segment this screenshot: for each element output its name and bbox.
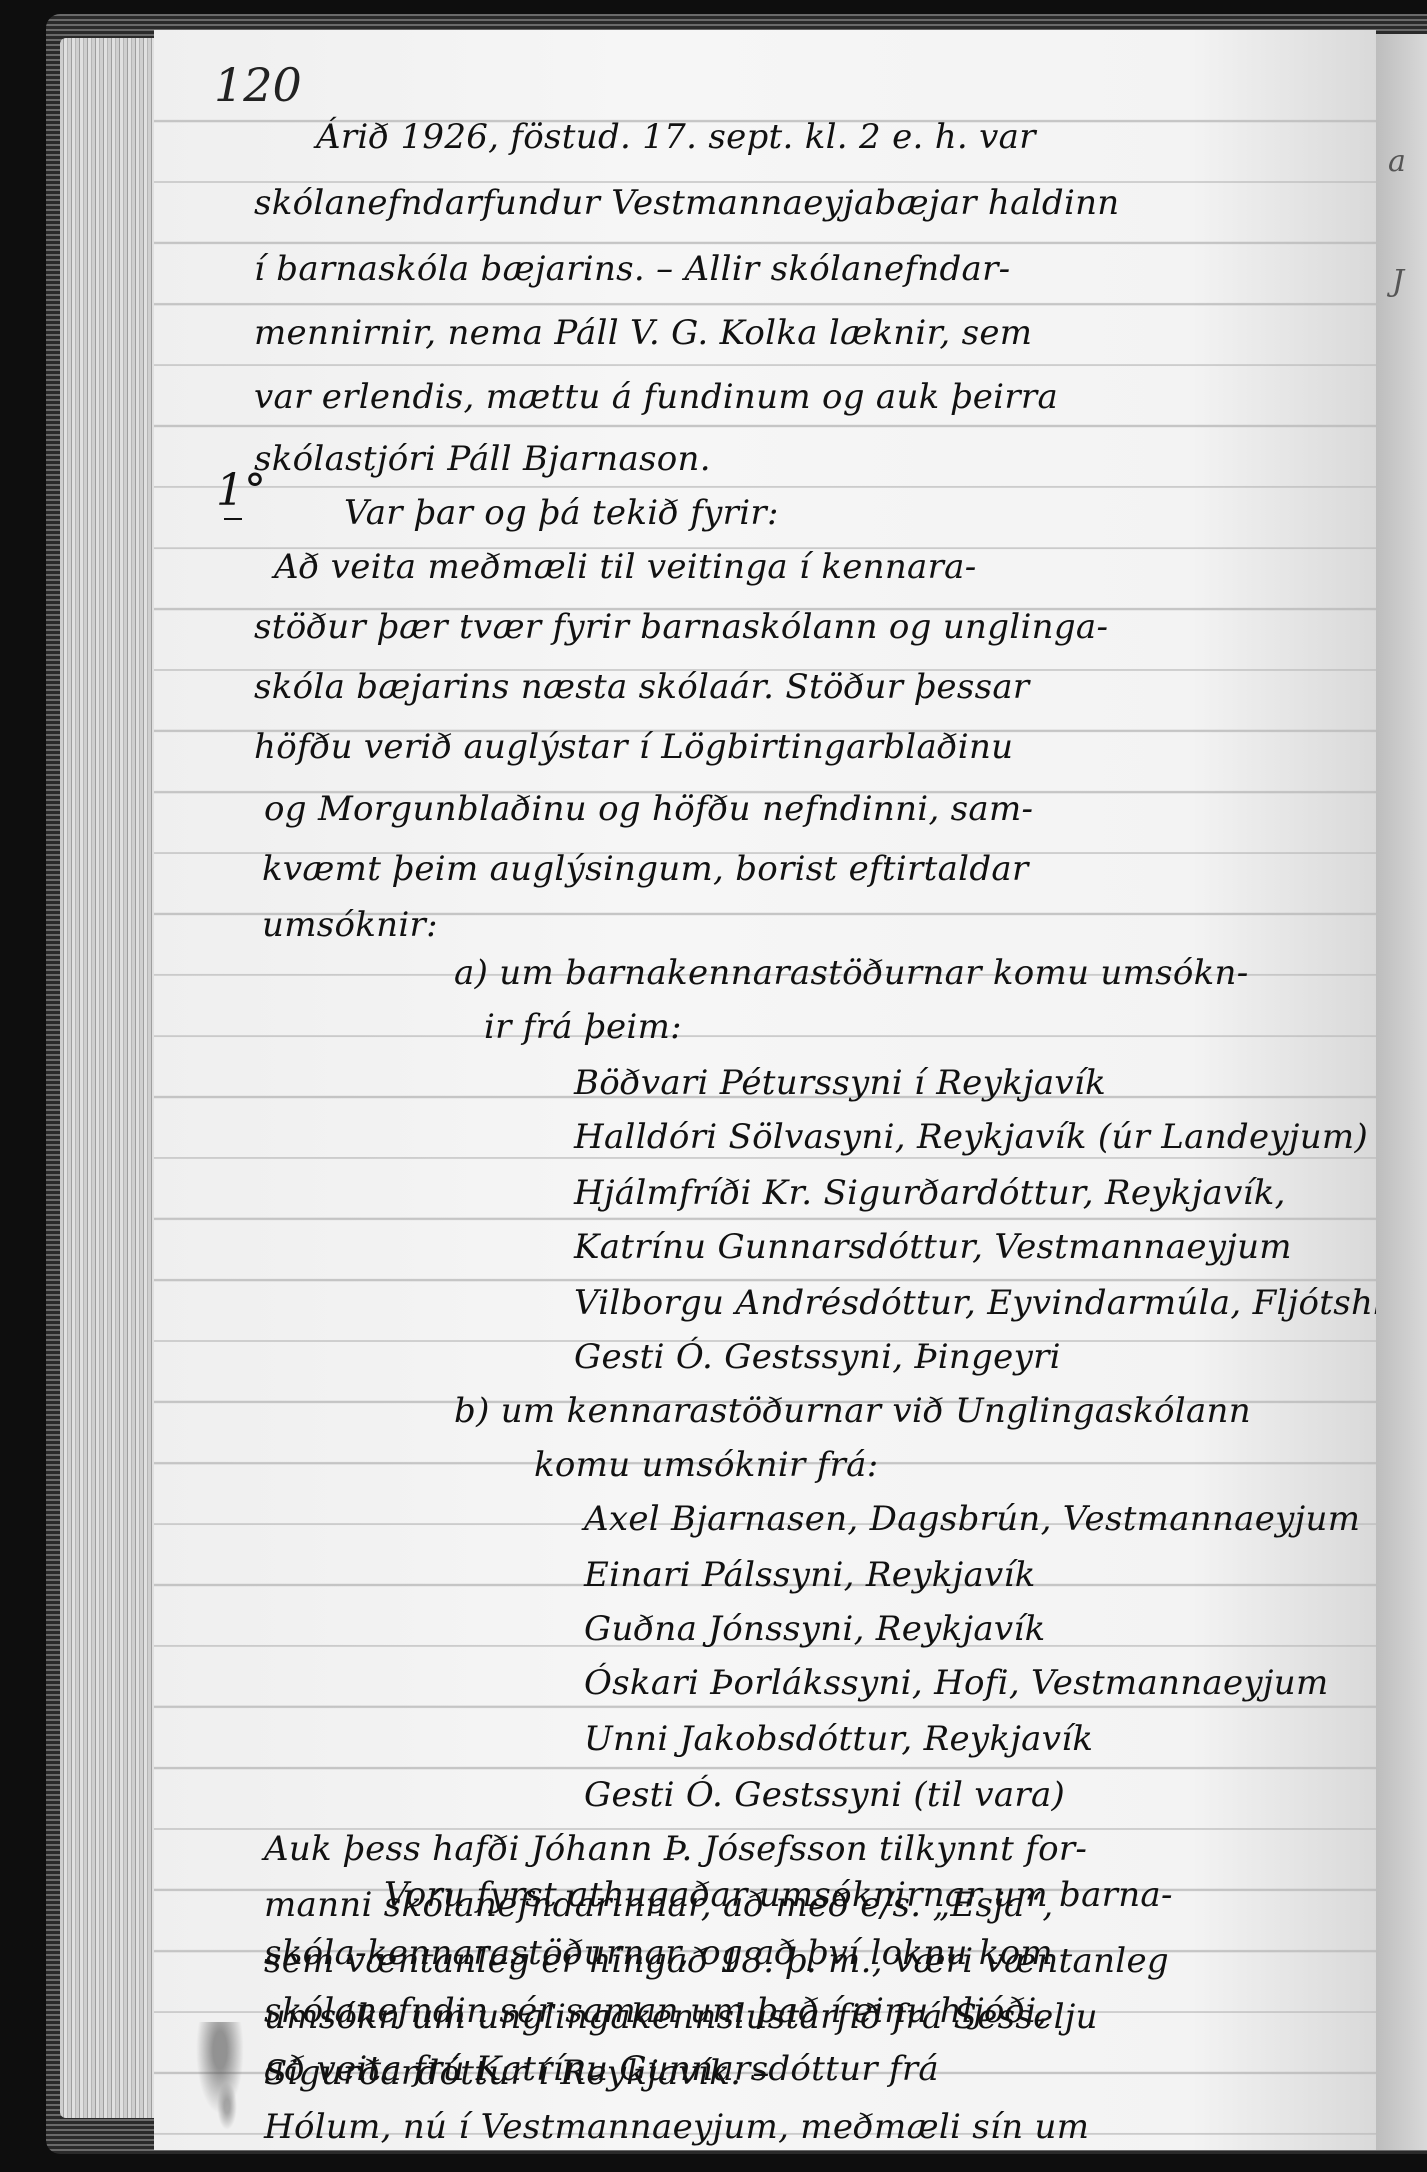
- handwritten-line: Hjálmfríði Kr. Sigurðardóttur, Reykjavík…: [574, 1176, 1286, 1210]
- handwritten-line: Axel Bjarnasen, Dagsbrún, Vestmannaeyjum: [584, 1502, 1360, 1536]
- handwritten-line: Gesti Ó. Gestssyni (til vara): [584, 1778, 1065, 1812]
- handwritten-line: Var þar og þá tekið fyrir:: [344, 496, 779, 530]
- handwritten-line: kvæmt þeim auglýsingum, borist eftirtald…: [262, 852, 1029, 886]
- handwritten-line: Halldóri Sölvasyni, Reykjavík (úr Landey…: [574, 1120, 1368, 1154]
- handwritten-line: Unni Jakobsdóttur, Reykjavík: [584, 1722, 1093, 1756]
- handwritten-line: skólanefndin sér saman um það í einu hlj…: [264, 1994, 1048, 2028]
- handwritten-line: skólastjóri Páll Bjarnason.: [254, 442, 711, 476]
- handwritten-line: ir frá þeim:: [484, 1010, 682, 1044]
- handwritten-line: Gesti Ó. Gestssyni, Þingeyri: [574, 1340, 1061, 1374]
- handwritten-line: í barnaskóla bæjarins. – Allir skólanefn…: [254, 252, 1010, 286]
- handwritten-line: Voru fyrst athugaðar umsóknirnar um barn…: [384, 1878, 1173, 1912]
- handwritten-line: Böðvari Péturssyni í Reykjavík: [574, 1066, 1106, 1100]
- handwritten-line: skóla-kennarastöðurnar, og að því loknu …: [264, 1936, 1053, 1970]
- handwritten-line: Auk þess hafði Jóhann Þ. Jósefsson tilky…: [264, 1832, 1087, 1866]
- handwritten-line: b) um kennarastöðurnar við Unglingaskóla…: [454, 1394, 1251, 1428]
- ledger-page: 120 1° Árið 1926, föstud. 17. sept. kl. …: [154, 30, 1376, 2150]
- handwritten-line: var erlendis, mættu á fundinum og auk þe…: [254, 380, 1058, 414]
- adjacent-page-edge: a J: [1376, 34, 1427, 2150]
- handwritten-line: stöður þær tvær fyrir barnaskólann og un…: [254, 610, 1108, 644]
- handwritten-line: Árið 1926, föstud. 17. sept. kl. 2 e. h.…: [316, 120, 1036, 154]
- handwritten-line: Katrínu Gunnarsdóttur, Vestmannaeyjum: [574, 1230, 1292, 1264]
- handwritten-line: a) um barnakennarastöðurnar komu umsókn-: [454, 956, 1249, 990]
- handwritten-line: höfðu verið auglýstar í Lögbirtingarblað…: [254, 730, 1013, 764]
- handwritten-line: Að veita meðmæli til veitinga í kennara-: [274, 550, 977, 584]
- handwritten-line: Óskari Þorlákssyni, Hofi, Vestmannaeyjum: [584, 1666, 1329, 1700]
- handwritten-line: skóla bæjarins næsta skólaár. Stöður þes…: [254, 670, 1029, 704]
- handwritten-line: Hólum, nú í Vestmannaeyjum, meðmæli sín …: [264, 2110, 1089, 2144]
- handwritten-line: Vilborgu Andrésdóttur, Eyvindarmúla, Flj…: [574, 1286, 1416, 1320]
- handwritten-line: umsóknir:: [262, 908, 438, 942]
- adjacent-page-fragment: a: [1388, 144, 1406, 179]
- ink-stain: [192, 2022, 262, 2162]
- handwritten-line: Einari Pálssyni, Reykjavík: [584, 1558, 1036, 1592]
- page-edges: [60, 38, 156, 2118]
- handwritten-line: komu umsóknir frá:: [534, 1448, 878, 1482]
- handwritten-line: skólanefndarfundur Vestmannaeyjabæjar ha…: [254, 186, 1120, 220]
- adjacent-page-fragment: J: [1392, 264, 1404, 299]
- handwritten-line: mennirnir, nema Páll V. G. Kolka læknir,…: [254, 316, 1032, 350]
- page-number: 120: [214, 58, 302, 112]
- handwritten-line: að veita frú Katrínu Gunnarsdóttur frá: [264, 2052, 939, 2086]
- handwritten-line: og Morgunblaðinu og höfðu nefndinni, sam…: [264, 792, 1033, 826]
- handwritten-line: Guðna Jónssyni, Reykjavík: [584, 1612, 1046, 1646]
